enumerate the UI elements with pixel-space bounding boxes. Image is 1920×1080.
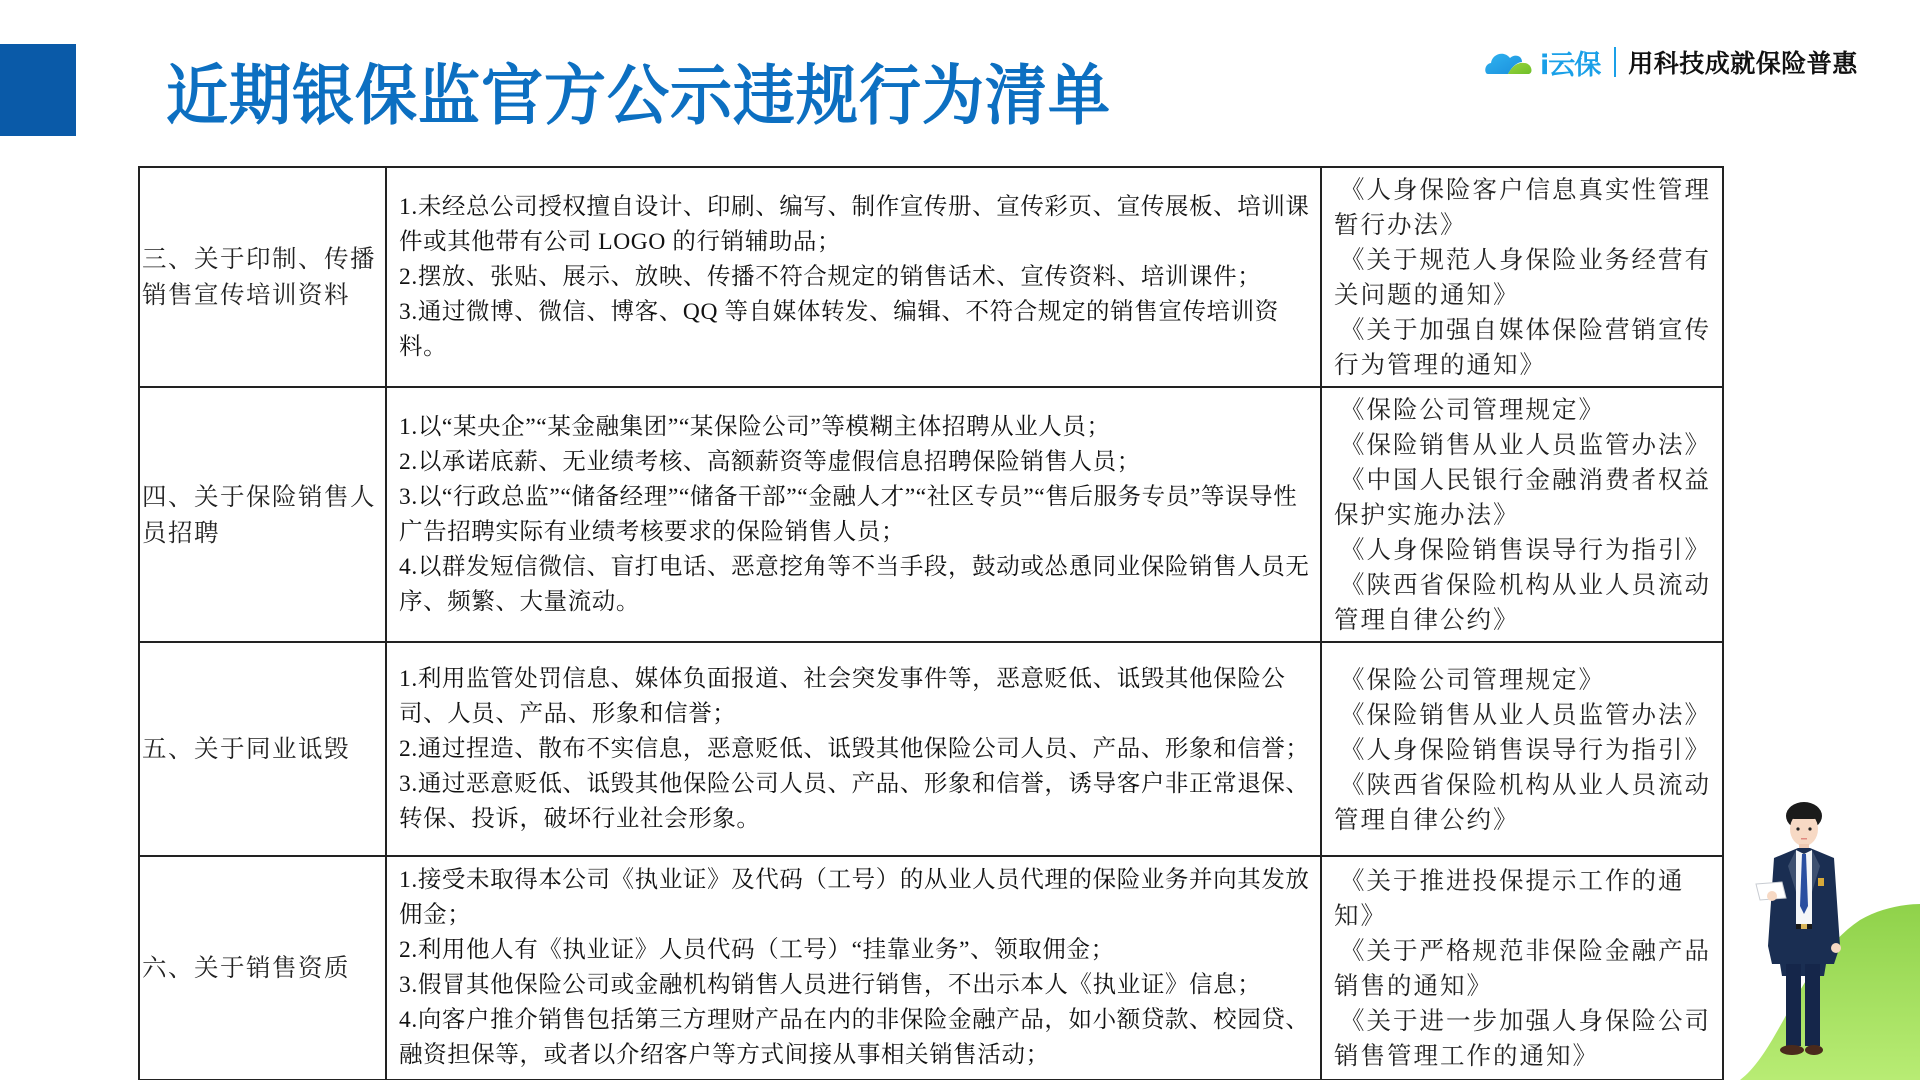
table-row: 三、关于印制、传播 销售宣传培训资料 1.未经总公司授权擅自设计、印刷、编写、制… [139, 167, 1723, 387]
regulations-cell: 《保险公司管理规定》 《保险销售从业人员监管办法》 《中国人民银行金融消费者权益… [1321, 387, 1723, 642]
regulation-item: 《保险销售从业人员监管办法》 [1334, 427, 1716, 462]
category-line: 销售宣传培训资料 [142, 277, 383, 313]
regulation-item: 《人身保险客户信息真实性管理暂行办法》 [1334, 172, 1716, 242]
category-line: 六、关于销售资质 [142, 950, 383, 986]
violations-cell: 1.未经总公司授权擅自设计、印刷、编写、制作宣传册、宣传彩页、宣传展板、培训课件… [386, 167, 1321, 387]
regulation-item: 《保险公司管理规定》 [1334, 662, 1716, 697]
regulation-item: 《人身保险销售误导行为指引》 [1334, 532, 1716, 567]
category-line: 五、关于同业诋毁 [142, 731, 383, 767]
violations-cell: 1.以“某央企”“某金融集团”“某保险公司”等模糊主体招聘从业人员； 2.以承诺… [386, 387, 1321, 642]
category-cell: 六、关于销售资质 [139, 856, 386, 1080]
violation-item: 2.通过捏造、散布不实信息，恶意贬低、诋毁其他保险公司人员、产品、形象和信誉； [399, 732, 1312, 767]
violation-item: 3.通过恶意贬低、诋毁其他保险公司人员、产品、形象和信誉，诱导客户非正常退保、转… [399, 767, 1312, 837]
category-line: 员招聘 [142, 515, 383, 551]
violation-item: 2.以承诺底薪、无业绩考核、高额薪资等虚假信息招聘保险销售人员； [399, 445, 1312, 480]
brand-name: i云保 [1540, 43, 1600, 82]
page-title: 近期银保监官方公示违规行为清单 [166, 54, 1111, 138]
regulations-cell: 《人身保险客户信息真实性管理暂行办法》 《关于规范人身保险业务经营有关问题的通知… [1321, 167, 1723, 387]
regulation-item: 《陕西省保险机构从业人员流动管理自律公约》 [1334, 767, 1716, 837]
category-line: 四、关于保险销售人 [142, 479, 383, 515]
violation-item: 1.接受未取得本公司《执业证》及代码（工号）的从业人员代理的保险业务并向其发放佣… [399, 863, 1312, 933]
regulation-item: 《人身保险销售误导行为指引》 [1334, 732, 1716, 767]
brand-logo: i云保 用科技成就保险普惠 [1484, 42, 1858, 82]
violation-item: 3.假冒其他保险公司或金融机构销售人员进行销售，不出示本人《执业证》信息； [399, 968, 1312, 1003]
violation-item: 3.通过微博、微信、博客、QQ 等自媒体转发、编辑、不符合规定的销售宣传培训资料… [399, 295, 1312, 365]
logo-divider [1614, 47, 1616, 77]
regulation-item: 《陕西省保险机构从业人员流动管理自律公约》 [1334, 567, 1716, 637]
regulation-item: 《保险公司管理规定》 [1334, 392, 1716, 427]
violations-cell: 1.接受未取得本公司《执业证》及代码（工号）的从业人员代理的保险业务并向其发放佣… [386, 856, 1321, 1080]
regulations-cell: 《关于推进投保提示工作的通知》 《关于严格规范非保险金融产品销售的通知》 《关于… [1321, 856, 1723, 1080]
violation-item: 2.利用他人有《执业证》人员代码（工号）“挂靠业务”、领取佣金； [399, 933, 1312, 968]
regulation-item: 《关于加强自媒体保险营销宣传行为管理的通知》 [1334, 312, 1716, 382]
regulation-item: 《关于进一步加强人身保险公司销售管理工作的通知》 [1334, 1003, 1716, 1073]
violation-item: 2.摆放、张贴、展示、放映、传播不符合规定的销售话术、宣传资料、培训课件； [399, 260, 1312, 295]
violation-item: 4.向客户推介销售包括第三方理财产品在内的非保险金融产品，如小额贷款、校园贷、融… [399, 1003, 1312, 1073]
violation-item: 1.利用监管处罚信息、媒体负面报道、社会突发事件等，恶意贬低、诋毁其他保险公司、… [399, 662, 1312, 732]
violations-cell: 1.利用监管处罚信息、媒体负面报道、社会突发事件等，恶意贬低、诋毁其他保险公司、… [386, 642, 1321, 856]
violation-item: 3.以“行政总监”“储备经理”“储备干部”“金融人才”“社区专员”“售后服务专员… [399, 480, 1312, 550]
violation-item: 4.以群发短信微信、盲打电话、恶意挖角等不当手段，鼓动或怂恿同业保险销售人员无序… [399, 550, 1312, 620]
regulation-item: 《关于推进投保提示工作的通知》 [1334, 863, 1716, 933]
businessman-illustration [1752, 796, 1852, 1064]
brand-slogan: 用科技成就保险普惠 [1628, 44, 1858, 80]
table-row: 六、关于销售资质 1.接受未取得本公司《执业证》及代码（工号）的从业人员代理的保… [139, 856, 1723, 1080]
regulation-item: 《关于规范人身保险业务经营有关问题的通知》 [1334, 242, 1716, 312]
regulation-item: 《关于严格规范非保险金融产品销售的通知》 [1334, 933, 1716, 1003]
regulation-item: 《保险销售从业人员监管办法》 [1334, 697, 1716, 732]
regulation-item: 《中国人民银行金融消费者权益保护实施办法》 [1334, 462, 1716, 532]
category-cell: 五、关于同业诋毁 [139, 642, 386, 856]
violations-table: 三、关于印制、传播 销售宣传培训资料 1.未经总公司授权擅自设计、印刷、编写、制… [138, 166, 1724, 1080]
cloud-logo-icon [1484, 46, 1536, 78]
accent-block [0, 44, 76, 136]
category-line: 三、关于印制、传播 [142, 241, 383, 277]
category-cell: 四、关于保险销售人 员招聘 [139, 387, 386, 642]
regulations-cell: 《保险公司管理规定》 《保险销售从业人员监管办法》 《人身保险销售误导行为指引》… [1321, 642, 1723, 856]
table-row: 四、关于保险销售人 员招聘 1.以“某央企”“某金融集团”“某保险公司”等模糊主… [139, 387, 1723, 642]
violation-item: 1.以“某央企”“某金融集团”“某保险公司”等模糊主体招聘从业人员； [399, 410, 1312, 445]
violation-item: 1.未经总公司授权擅自设计、印刷、编写、制作宣传册、宣传彩页、宣传展板、培训课件… [399, 190, 1312, 260]
table-row: 五、关于同业诋毁 1.利用监管处罚信息、媒体负面报道、社会突发事件等，恶意贬低、… [139, 642, 1723, 856]
category-cell: 三、关于印制、传播 销售宣传培训资料 [139, 167, 386, 387]
